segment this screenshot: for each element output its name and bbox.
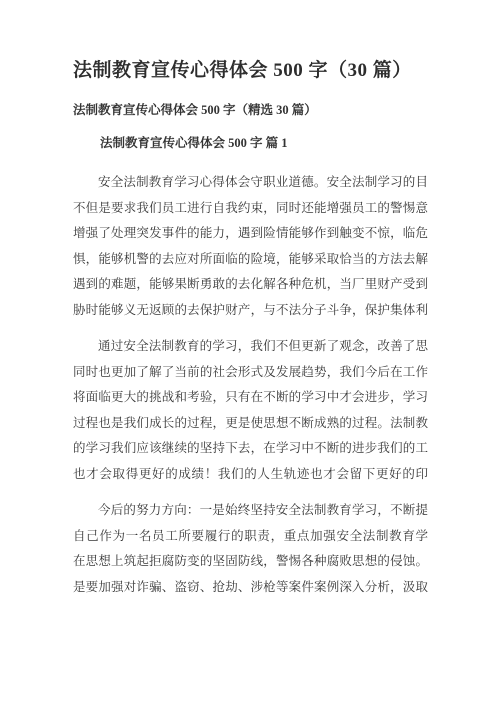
text-line: 同时也更加了解了当前的社会形式及发展趋势，我们今后在工作中 <box>73 360 428 386</box>
paragraph-1: 安全法制教育学习心得体会守职业道德。安全法制学习的目的 不但是要求我们员工进行自… <box>73 170 428 323</box>
text-line: 通过安全法制教育的学习，我们不但更新了观念，改善了思想， <box>73 334 428 360</box>
text-line: 过程也是我们成长的过程，更是使思想不断成熟的过程。法制教育 <box>73 411 428 437</box>
section-heading: 法制教育宣传心得体会 500 字 篇 1 <box>73 131 428 155</box>
document-title: 法制教育宣传心得体会 500 字（30 篇） <box>73 55 428 87</box>
text-line: 的学习我们应该继续的坚持下去，在学习中不断的进步我们的工作 <box>73 436 428 462</box>
text-line: 安全法制教育学习心得体会守职业道德。安全法制学习的目的 <box>73 170 428 196</box>
text-line: 也才会取得更好的成绩！我们的人生轨迹也才会留下更好的印记！ <box>73 462 428 488</box>
paragraph-3: 今后的努力方向：一是始终坚持安全法制教育学习，不断提醒 自己作为一名员工所要履行… <box>73 498 428 600</box>
text-line: 自己作为一名员工所要履行的职责，重点加强安全法制教育学习， <box>73 524 428 550</box>
document-page: 法制教育宣传心得体会 500 字（30 篇） 法制教育宣传心得体会 500 字（… <box>0 0 500 707</box>
text-line: 今后的努力方向：一是始终坚持安全法制教育学习，不断提醒 <box>73 498 428 524</box>
text-line: 在思想上筑起拒腐防变的坚固防线，警惕各种腐败思想的侵蚀。二 <box>73 549 428 575</box>
document-body: 安全法制教育学习心得体会守职业道德。安全法制学习的目的 不但是要求我们员工进行自… <box>73 170 428 600</box>
text-line: 惧，能够机警的去应对所面临的险境，能够采取恰当的方法去解决 <box>73 247 428 273</box>
text-line: 是要加强对诈骗、盗窃、抢劫、涉枪等案件案例深入分析，汲取经 <box>73 575 428 601</box>
text-line: 遇到的难题，能够果断勇敢的去化解各种危机，当厂里财产受到威 <box>73 272 428 298</box>
document-subtitle: 法制教育宣传心得体会 500 字（精选 30 篇） <box>73 100 428 120</box>
text-line: 增强了处理突发事件的能力，遇到险情能够作到触变不惊，临危不 <box>73 221 428 247</box>
text-line: 将面临更大的挑战和考验，只有在不断的学习中才会进步，学习的 <box>73 385 428 411</box>
text-line: 不但是要求我们员工进行自我约束，同时还能增强员工的警惕意识， <box>73 196 428 222</box>
text-line: 胁时能够义无返顾的去保护财产，与不法分子斗争，保护集体利益。 <box>73 298 428 324</box>
paragraph-2: 通过安全法制教育的学习，我们不但更新了观念，改善了思想， 同时也更加了解了当前的… <box>73 334 428 487</box>
